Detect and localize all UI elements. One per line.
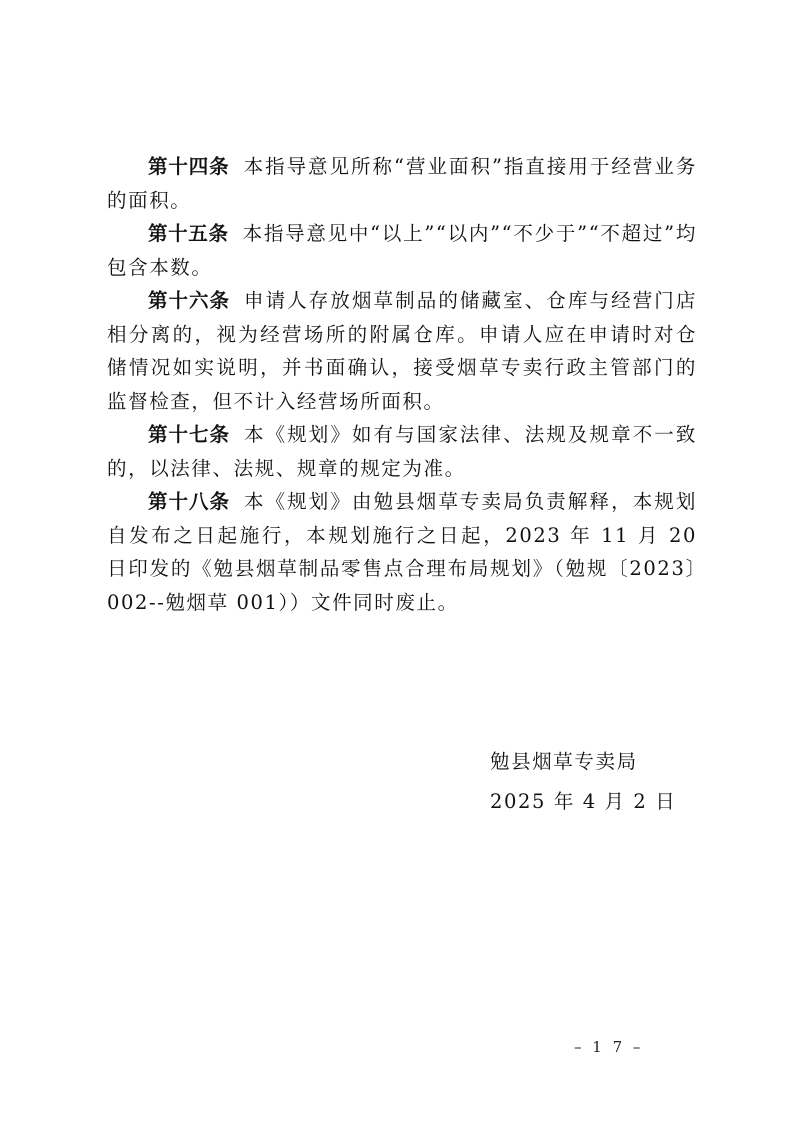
article-16: 第十六条申请人存放烟草制品的储藏室、仓库与经营门店相分离的，视为经营场所的附属仓… bbox=[107, 284, 697, 418]
signature-block: 勉县烟草专卖局 2025 年 4 月 2 日 bbox=[490, 742, 676, 822]
article-number: 第十四条 bbox=[148, 155, 230, 178]
article-17: 第十七条本《规划》如有与国家法律、法规及规章不一致的，以法律、法规、规章的规定为… bbox=[107, 418, 697, 485]
issuer-name: 勉县烟草专卖局 bbox=[490, 742, 676, 782]
page-number: – 1 7 – bbox=[574, 1038, 643, 1056]
article-number: 第十八条 bbox=[148, 490, 230, 513]
document-body: 第十四条本指导意见所称“营业面积”指直接用于经营业务的面积。 第十五条本指导意见… bbox=[107, 150, 697, 619]
article-18: 第十八条本《规划》由勉县烟草专卖局负责解释，本规划自发布之日起施行，本规划施行之… bbox=[107, 485, 697, 619]
article-15: 第十五条本指导意见中“以上”“以内”“不少于”“不超过”均包含本数。 bbox=[107, 217, 697, 284]
article-number: 第十五条 bbox=[148, 222, 229, 245]
article-14: 第十四条本指导意见所称“营业面积”指直接用于经营业务的面积。 bbox=[107, 150, 697, 217]
article-number: 第十六条 bbox=[148, 289, 230, 312]
article-number: 第十七条 bbox=[148, 423, 230, 446]
issue-date: 2025 年 4 月 2 日 bbox=[490, 782, 676, 822]
document-page: 第十四条本指导意见所称“营业面积”指直接用于经营业务的面积。 第十五条本指导意见… bbox=[0, 0, 793, 1122]
